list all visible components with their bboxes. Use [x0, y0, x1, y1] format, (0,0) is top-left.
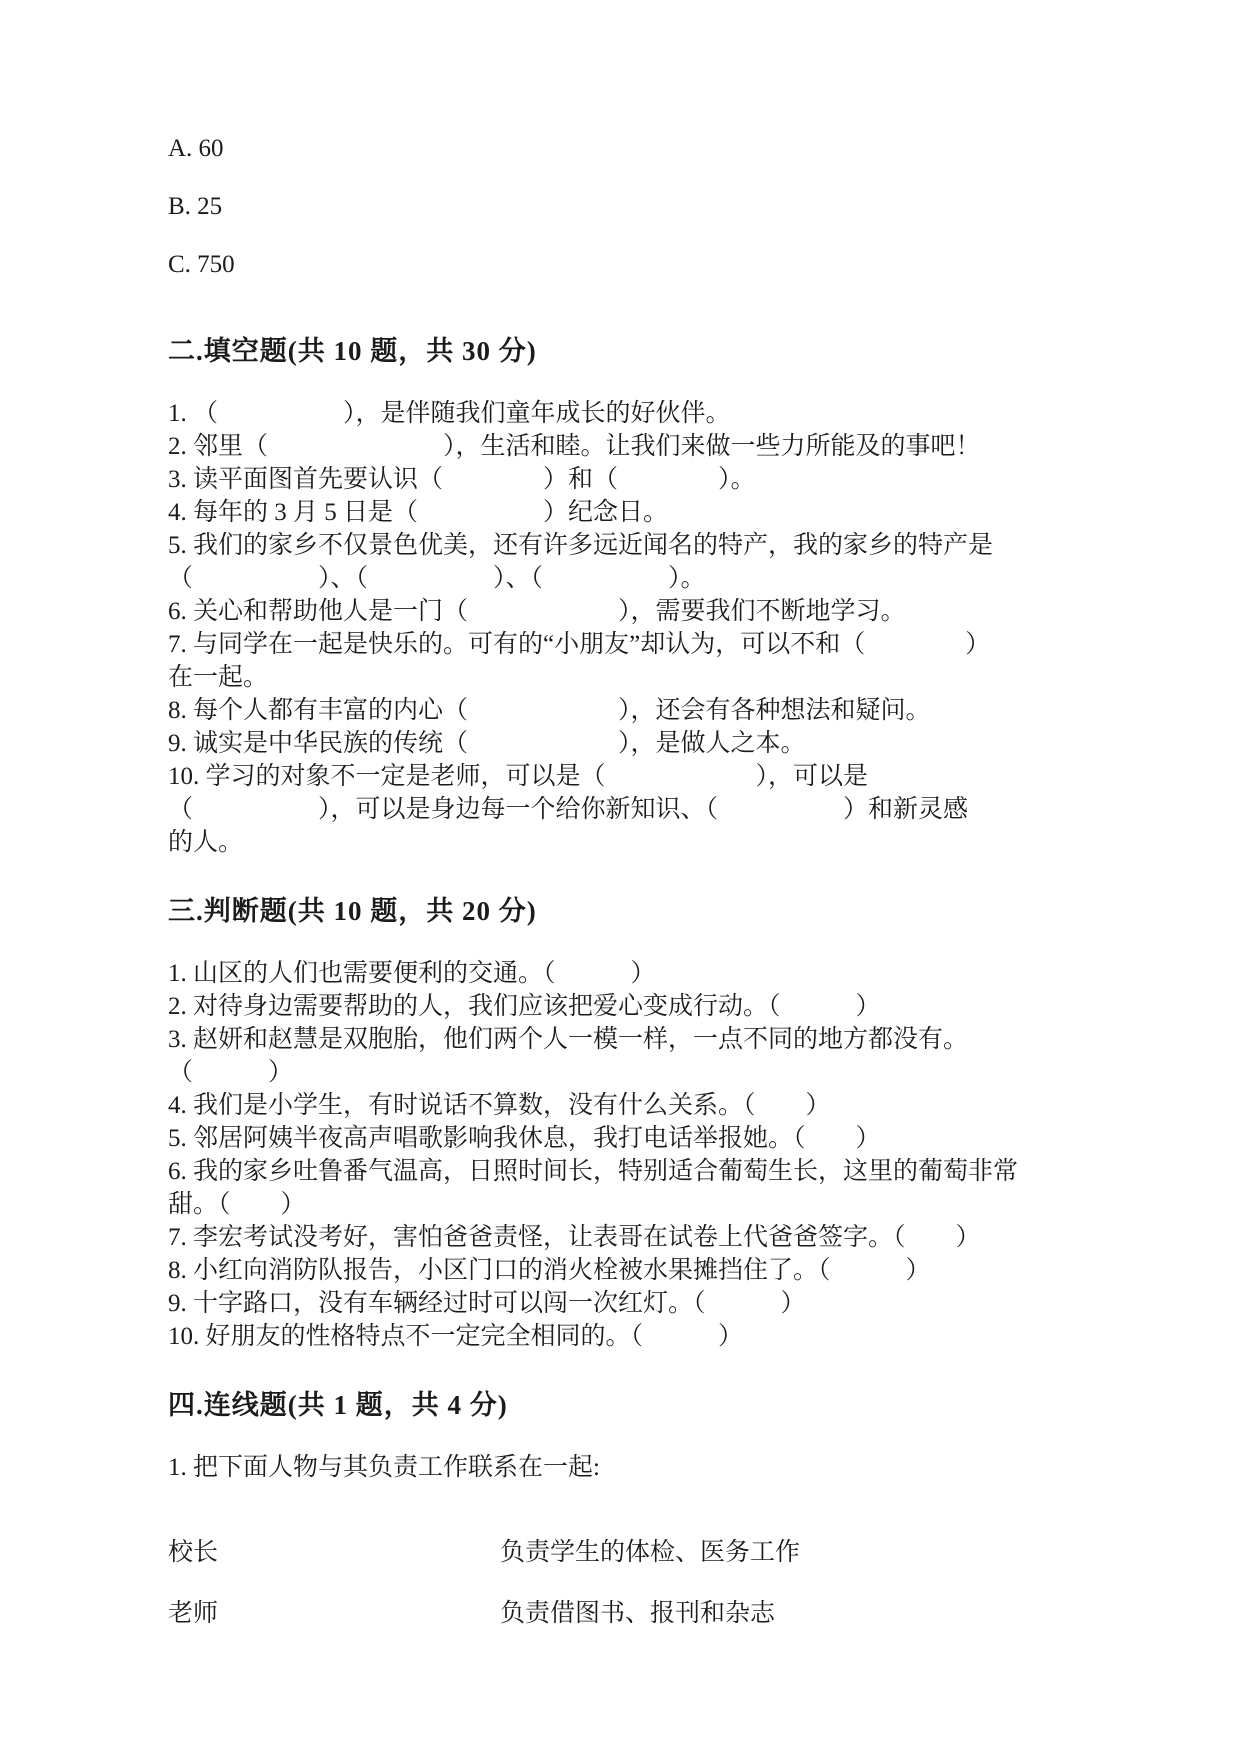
- section-title-match: 四.连线题(共 1 题，共 4 分): [168, 1387, 1091, 1423]
- judge-line-7: 7. 李宏考试没考好，害怕爸爸责怪，让表哥在试卷上代爸爸签字。（ ）: [168, 1221, 1091, 1254]
- judge-line-9: 9. 十字路口，没有车辆经过时可以闯一次红灯。（ ）: [168, 1287, 1091, 1320]
- judge-line-1: 1. 山区的人们也需要便利的交通。（ ）: [168, 957, 1091, 990]
- fill-line-9: 9. 诚实是中华民族的传统（ ），是做人之本。: [168, 727, 1091, 760]
- fill-line-10-wrap1: （ ），可以是身边每一个给你新知识、（ ）和新灵感: [168, 793, 1091, 826]
- section-title-judge: 三.判断题(共 10 题，共 20 分): [168, 893, 1091, 929]
- match-section: 1. 把下面人物与其负责工作联系在一起: 校长 负责学生的体检、医务工作 老师 …: [168, 1451, 1091, 1630]
- match-row-principal: 校长 负责学生的体检、医务工作: [168, 1536, 1091, 1569]
- choice-option-b: B. 25: [168, 190, 1091, 223]
- choice-option-a: A. 60: [168, 132, 1091, 165]
- fill-line-10: 10. 学习的对象不一定是老师，可以是（ ），可以是: [168, 760, 1091, 793]
- fill-line-8: 8. 每个人都有丰富的内心（ ），还会有各种想法和疑问。: [168, 694, 1091, 727]
- judge-line-10: 10. 好朋友的性格特点不一定完全相同的。（ ）: [168, 1320, 1091, 1353]
- section-title-fill: 二.填空题(共 10 题，共 30 分): [168, 333, 1091, 369]
- match-right-library: 负责借图书、报刊和杂志: [500, 1597, 1091, 1630]
- judge-line-6-wrap: 甜。（ ）: [168, 1188, 1091, 1221]
- fill-line-4: 4. 每年的 3 月 5 日是（ ）纪念日。: [168, 496, 1091, 529]
- judge-line-5: 5. 邻居阿姨半夜高声唱歌影响我休息，我打电话举报她。（ ）: [168, 1122, 1091, 1155]
- spacer: [168, 1484, 1091, 1508]
- judge-line-8: 8. 小红向消防队报告，小区门口的消火栓被水果摊挡住了。（ ）: [168, 1254, 1091, 1287]
- judge-section: 1. 山区的人们也需要便利的交通。（ ） 2. 对待身边需要帮助的人，我们应该把…: [168, 957, 1091, 1353]
- match-right-medical: 负责学生的体检、医务工作: [500, 1536, 1091, 1569]
- judge-line-2: 2. 对待身边需要帮助的人，我们应该把爱心变成行动。（ ）: [168, 990, 1091, 1023]
- match-row-teacher: 老师 负责借图书、报刊和杂志: [168, 1597, 1091, 1630]
- fill-line-7: 7. 与同学在一起是快乐的。可有的“小朋友”却认为，可以不和（ ）: [168, 628, 1091, 661]
- fill-line-5: 5. 我们的家乡不仅景色优美，还有许多远近闻名的特产，我的家乡的特产是: [168, 529, 1091, 562]
- judge-line-3: 3. 赵妍和赵慧是双胞胎，他们两个人一模一样，一点不同的地方都没有。: [168, 1023, 1091, 1056]
- fill-section: 1. （ ），是伴随我们童年成长的好伙伴。 2. 邻里（ ），生活和睦。让我们来…: [168, 397, 1091, 859]
- fill-line-10-wrap2: 的人。: [168, 826, 1091, 859]
- fill-line-5-wrap: （ ）、（ ）、（ ）。: [168, 562, 1091, 595]
- exam-page: A. 60 B. 25 C. 750 二.填空题(共 10 题，共 30 分) …: [0, 0, 1241, 1755]
- match-intro: 1. 把下面人物与其负责工作联系在一起:: [168, 1451, 1091, 1484]
- choice-option-c: C. 750: [168, 248, 1091, 281]
- fill-line-2: 2. 邻里（ ），生活和睦。让我们来做一些力所能及的事吧！: [168, 430, 1091, 463]
- fill-line-1: 1. （ ），是伴随我们童年成长的好伙伴。: [168, 397, 1091, 430]
- match-left-teacher: 老师: [168, 1597, 500, 1630]
- judge-line-6: 6. 我的家乡吐鲁番气温高，日照时间长，特别适合葡萄生长，这里的葡萄非常: [168, 1155, 1091, 1188]
- match-left-principal: 校长: [168, 1536, 500, 1569]
- fill-line-3: 3. 读平面图首先要认识（ ）和（ ）。: [168, 463, 1091, 496]
- judge-line-3-wrap: （ ）: [168, 1056, 1091, 1089]
- fill-line-6: 6. 关心和帮助他人是一门（ ），需要我们不断地学习。: [168, 595, 1091, 628]
- fill-line-7-wrap: 在一起。: [168, 661, 1091, 694]
- judge-line-4: 4. 我们是小学生，有时说话不算数，没有什么关系。（ ）: [168, 1089, 1091, 1122]
